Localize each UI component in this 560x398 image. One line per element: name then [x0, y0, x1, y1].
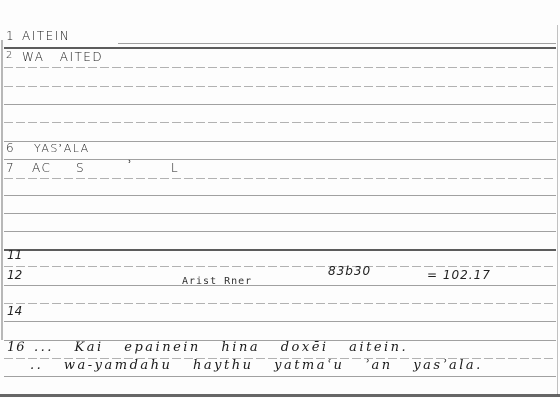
ruled-line: [4, 159, 556, 160]
line-number: 7: [6, 161, 15, 175]
ruled-line: [4, 266, 556, 267]
ruled-line: [118, 43, 556, 44]
ruled-line: [4, 86, 556, 87]
entry-mark: S: [76, 161, 85, 175]
line-number: 14: [7, 304, 22, 318]
card-bottom-edge: [0, 394, 560, 397]
ruled-line: [4, 285, 556, 286]
entry-text: AC: [32, 161, 51, 175]
ruled-line: [4, 47, 556, 49]
line-number: 1: [6, 29, 15, 43]
line-number: 6: [6, 141, 15, 155]
line-number: 11: [7, 248, 22, 262]
entry-text: WA AITED: [22, 50, 103, 64]
ruled-line: [4, 231, 556, 232]
ruled-line: [4, 213, 556, 214]
ruled-line: [4, 122, 556, 123]
line-number: 12: [7, 268, 22, 282]
ruled-line: [4, 178, 556, 179]
ruled-line: [4, 104, 556, 105]
entry-mark: ʾ: [128, 158, 133, 172]
entry-text: YASʾALA: [34, 142, 90, 155]
quotation-greek: ... Kai epainein hina doxēi aitein.: [34, 340, 408, 355]
entry-text: AITEIN: [22, 29, 70, 43]
reference-number: 83b30: [328, 264, 371, 278]
card-left-edge: [1, 40, 3, 340]
line-number: 16: [7, 340, 26, 355]
ruled-line: [4, 195, 556, 196]
reference-equivalent: = 102.17: [427, 268, 491, 282]
card-right-edge: [557, 25, 558, 395]
line-number: 2: [6, 50, 14, 61]
ruled-line: [4, 303, 556, 304]
ruled-line: [4, 321, 556, 322]
author-stamp: Arist Rner: [182, 276, 252, 287]
index-card: 1 AITEIN 2 WA AITED 6 YASʾALA 7 AC S ʾ L…: [0, 0, 560, 398]
quotation-arabic: .. wa-yamdahu haythu yatmaʿu ʾan yasʾala…: [30, 358, 483, 373]
entry-mark: L: [171, 161, 179, 175]
ruled-line: [4, 376, 556, 377]
ruled-line: [4, 249, 556, 251]
ruled-line: [4, 67, 556, 68]
